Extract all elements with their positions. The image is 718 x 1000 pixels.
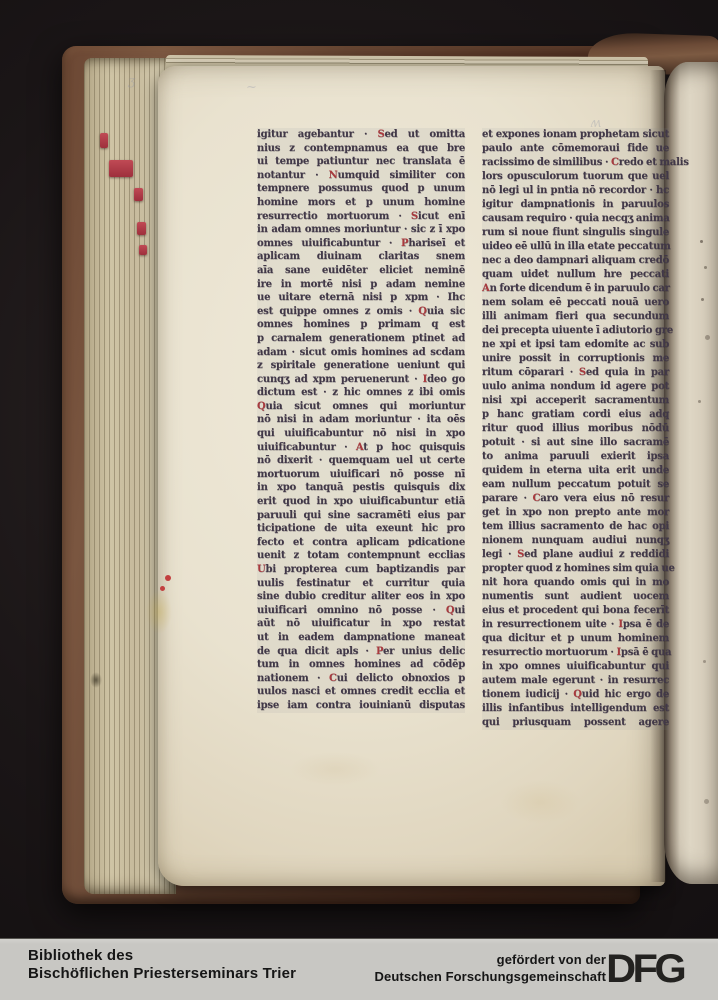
manuscript-line: nem solam eē peccati nouā uero	[482, 296, 669, 310]
manuscript-line: fecto et contra aplicam pdicatione	[257, 536, 465, 550]
rubric-initial: N	[329, 170, 338, 181]
text-column-right: et expones ionam prophetam sicutpaulo an…	[482, 128, 669, 730]
manuscript-line: igitur agebantur · Sed ut omitta	[257, 128, 465, 142]
manuscript-line: eam nullum peccatum potuit se	[482, 478, 669, 492]
funding-credit-line1: gefördert von der	[375, 951, 606, 968]
manuscript-line: rum si noue fiunt singulis singule	[482, 226, 669, 240]
manuscript-line: resurrectio mortuorum · Ipsā ē qua	[482, 646, 669, 660]
manuscript-line: illis infantibus intelligendum est	[482, 702, 669, 716]
manuscript-line: ipse iam contra iouinianū disputas	[257, 699, 465, 713]
manuscript-line: omnes homines p primam q est	[257, 318, 465, 332]
manuscript-line: to anima paruuli exierit ipsa	[482, 450, 669, 464]
manuscript-line: nō nisi in adam moriuntur · ita oēs	[257, 413, 465, 427]
rubric-initial: S	[377, 129, 384, 140]
digitization-footer: Bibliothek des Bischöflichen Priestersem…	[0, 938, 718, 1000]
rubric-initial: S	[579, 367, 586, 378]
manuscript-line: homine mors et p unum homine	[257, 196, 465, 210]
manuscript-line: cunqʒ ad xpm peruenerunt · Ideo go	[257, 373, 465, 387]
manuscript-line: est quippe omnes z omis · Quia sic	[257, 305, 465, 319]
pencil-mark: ~	[246, 80, 257, 95]
library-credit-line2: Bischöflichen Priesterseminars Trier	[28, 965, 296, 983]
rubric-initial: C	[329, 673, 337, 684]
manuscript-line: get in xpo non prepto ante mor	[482, 506, 669, 520]
manuscript-line: uideo eē ullū in illa etate peccatum	[482, 240, 669, 254]
red-bookmark-tab	[109, 160, 133, 177]
manuscript-line: nō dixerit · quemquam uel ut certe	[257, 454, 465, 468]
manuscript-line: tem illius sacramento de hac opi	[482, 520, 669, 534]
rubric-initial: S	[411, 211, 418, 222]
funding-credit-line2: Deutschen Forschungsgemeinschaft	[375, 968, 606, 985]
manuscript-line: tempnere possumus quod p unum	[257, 182, 465, 196]
dfg-logo: DFG	[606, 947, 706, 991]
manuscript-line: uenit z totam contempnunt ecclias	[257, 549, 465, 563]
manuscript-line: tionem iudicij · Quid hic ergo de	[482, 688, 669, 702]
manuscript-line: quam uidet nullum hre peccati	[482, 268, 669, 282]
manuscript-line: nisi xpi acceperit sacramentum	[482, 394, 669, 408]
manuscript-line: potuit · si aut sine illo sacramē	[482, 436, 669, 450]
stain	[146, 590, 172, 634]
manuscript-line: eius et procedent qui bona fecerīt	[482, 604, 669, 618]
manuscript-line: z spiritale generatione ueniunt qui	[257, 359, 465, 373]
manuscript-line: uulis festinatur et curritur quia	[257, 577, 465, 591]
rubric-initial: U	[257, 564, 266, 575]
manuscript-line: erit quod in xpo uiuificabuntur etiā	[257, 495, 465, 509]
library-credit-line1: Bibliothek des	[28, 947, 296, 965]
manuscript-line: uiuificabuntur · At p hoc quisquis	[257, 441, 465, 455]
manuscript-line: mortuorum uiuificari nō posse nī	[257, 468, 465, 482]
manuscript-line: paruuli qui sine sacramēti eius par	[257, 509, 465, 523]
manuscript-line: in adam omnes moriuntur · sic z ī xpo	[257, 223, 465, 237]
manuscript-line: illi animam fieri qua secundum	[482, 310, 669, 324]
manuscript-line: ut in eadem dampnatione maneat	[257, 631, 465, 645]
manuscript-line: ticipatione de uita exeunt hic pro	[257, 522, 465, 536]
text-column-left: igitur agebantur · Sed ut omittanius z c…	[257, 128, 465, 713]
manuscript-line: aūt nō uiuificatur in xpo restat	[257, 617, 465, 631]
manuscript-line: sine dubio creditur aliter eos in xpo	[257, 590, 465, 604]
manuscript-line: legi · Sed plane audiui z reddidi	[482, 548, 669, 562]
red-bookmark-tab	[134, 188, 143, 201]
manuscript-line: numentis sunt audient uocem	[482, 590, 669, 604]
manuscript-line: igitur dampnationis in paruulos	[482, 198, 669, 212]
manuscript-line: nō legi ul in pntia nō recordor · hc	[482, 184, 669, 198]
facing-page-speckles	[700, 240, 703, 243]
manuscript-line: Quia sicut omnes qui moriuntur	[257, 400, 465, 414]
manuscript-line: uiuificari omnino nō posse · Qui	[257, 604, 465, 618]
manuscript-line: ritur quod illius moribus nōdū	[482, 422, 669, 436]
manuscript-line: uulos nasci et omnes credit ecclia et	[257, 685, 465, 699]
manuscript-line: paulo ante cōmemoraui fide ue	[482, 142, 669, 156]
manuscript-line: resurrectio mortuorum · Sicut enī	[257, 210, 465, 224]
red-bookmark-tab	[139, 245, 147, 255]
stain	[90, 672, 102, 688]
library-credit: Bibliothek des Bischöflichen Priestersem…	[28, 947, 296, 983]
manuscript-line: dictum est · z hic omnes z ibi omis	[257, 386, 465, 400]
manuscript-line: aplicam diuinam claritas snem	[257, 250, 465, 264]
stain	[500, 780, 580, 824]
funding-credit: gefördert von der Deutschen Forschungsge…	[375, 951, 606, 985]
manuscript-line: nationem · Cui delicto obnoxios p	[257, 672, 465, 686]
manuscript-line: qua dicitur et p unum hominem	[482, 632, 669, 646]
manuscript-line: p carnalem generationem ptinet ad	[257, 332, 465, 346]
manuscript-line: autem male egerunt · in resurrec	[482, 674, 669, 688]
manuscript-line: quidem in eterna uita erit unde	[482, 464, 669, 478]
manuscript-line: nius z contempnamus ea que bre	[257, 142, 465, 156]
stain	[290, 752, 380, 786]
manuscript-line: aīa sane euidēter eliciet neminē	[257, 264, 465, 278]
rubric-initial: Q	[418, 306, 427, 317]
pencil-mark: ʒ	[128, 74, 135, 89]
manuscript-line: nit hora quando omis qui in mo	[482, 576, 669, 590]
rubric-initial: Q	[573, 689, 582, 700]
manuscript-line: Ubi propterea cum baptizandis par	[257, 563, 465, 577]
manuscript-line: ue uitare eternā nisi p xpm · Ihc	[257, 291, 465, 305]
manuscript-line: in xpo omnes uiuificabuntur qui	[482, 660, 669, 674]
manuscript-line: nionem nunquam audiui nunqʒ	[482, 534, 669, 548]
manuscript-line: uulo anima nondum id agere pot	[482, 380, 669, 394]
manuscript-line: nec a deo dampnari aliquam credō	[482, 254, 669, 268]
rubric-initial: A	[482, 283, 490, 294]
manuscript-line: omnes uiuificabuntur · Phariseī et	[257, 237, 465, 251]
manuscript-line: propter quod z homines sim quia ue	[482, 562, 669, 576]
manuscript-line: et expones ionam prophetam sicut	[482, 128, 669, 142]
manuscript-line: qui priusquam possent agere	[482, 716, 669, 730]
rubric-initial: C	[611, 157, 619, 168]
manuscript-line: unire possit in corruptionis me	[482, 352, 669, 366]
red-ink-dot	[165, 575, 171, 581]
manuscript-line: notantur · Numquid similiter con	[257, 169, 465, 183]
manuscript-line: ire in mortē nisi p adam nemine	[257, 278, 465, 292]
manuscript-line: in resurrectionem uite · Ipsa ē de	[482, 618, 669, 632]
rubric-initial: Q	[257, 401, 266, 412]
manuscript-line: p hanc gratiam cordi eius adq	[482, 408, 669, 422]
manuscript-line: tum in omnes homines ad cōdēp	[257, 658, 465, 672]
manuscript-line: parare · Caro vera eius nō resur	[482, 492, 669, 506]
manuscript-line: An forte dicendum ē in paruulo car	[482, 282, 669, 296]
manuscript-line: de qua dicit apls · Per unius delic	[257, 645, 465, 659]
manuscript-line: racissimo de similibus · Credo et malis	[482, 156, 669, 170]
manuscript-line: ne xpi et ipsi tam edomite ac sub	[482, 338, 669, 352]
rubric-initial: P	[376, 646, 383, 657]
manuscript-line: ui tempe patiuntur nec translata ē	[257, 155, 465, 169]
red-bookmark-tab	[100, 133, 108, 148]
red-bookmark-tab	[137, 222, 146, 235]
facing-page-edge	[664, 62, 718, 884]
manuscript-line: qui uiuificabuntur nō nisi in xpo	[257, 427, 465, 441]
manuscript-line: in xpo tanquā pestis quisquis dix	[257, 481, 465, 495]
manuscript-line: adam · sicut omis homines ad scdam	[257, 346, 465, 360]
manuscript-line: ritum cōparari · Sed quia in par	[482, 366, 669, 380]
manuscript-scan-viewport: ʒ ~ ʍ igitur agebantur · Sed ut omittani…	[0, 0, 718, 1000]
manuscript-line: dei precepta uiuente ī adiutorio gre	[482, 324, 669, 338]
manuscript-line: lors opusculorum tuorum que uel	[482, 170, 669, 184]
manuscript-line: causam requiro · quia necqʒ anima	[482, 212, 669, 226]
